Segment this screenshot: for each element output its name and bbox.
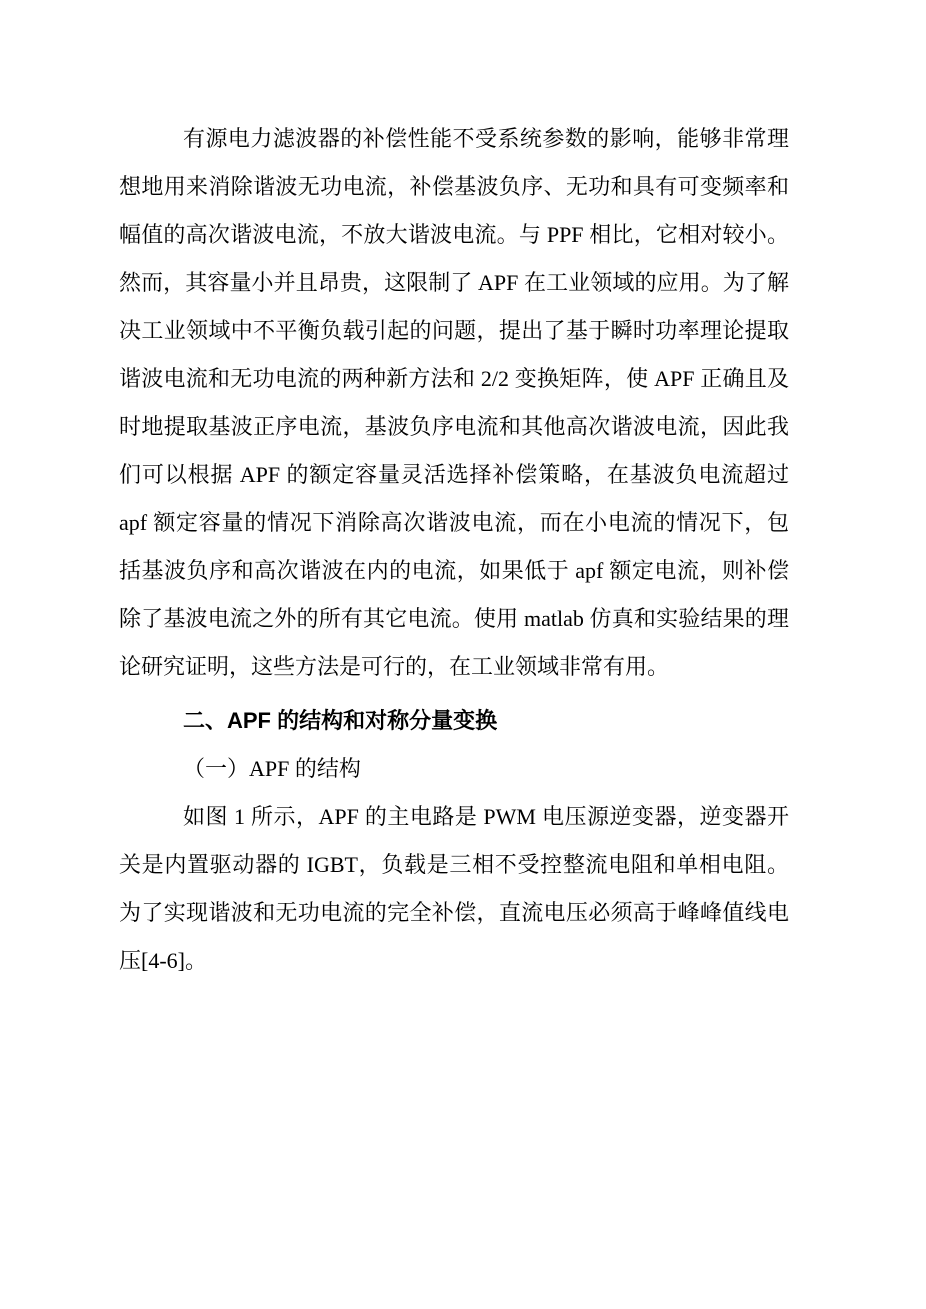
document-page: 有源电力滤波器的补偿性能不受系统参数的影响，能够非常理想地用来消除谐波无功电流，… xyxy=(0,0,926,1309)
section-heading: 二、APF 的结构和对称分量变换 xyxy=(119,697,789,745)
paragraph-apf-compensation: 有源电力滤波器的补偿性能不受系统参数的影响，能够非常理想地用来消除谐波无功电流，… xyxy=(119,115,789,691)
subsection-heading: （一）APF 的结构 xyxy=(119,745,789,793)
paragraph-apf-structure: 如图 1 所示，APF 的主电路是 PWM 电压源逆变器，逆变器开关是内置驱动器… xyxy=(119,793,789,985)
document-body: 有源电力滤波器的补偿性能不受系统参数的影响，能够非常理想地用来消除谐波无功电流，… xyxy=(119,115,789,985)
